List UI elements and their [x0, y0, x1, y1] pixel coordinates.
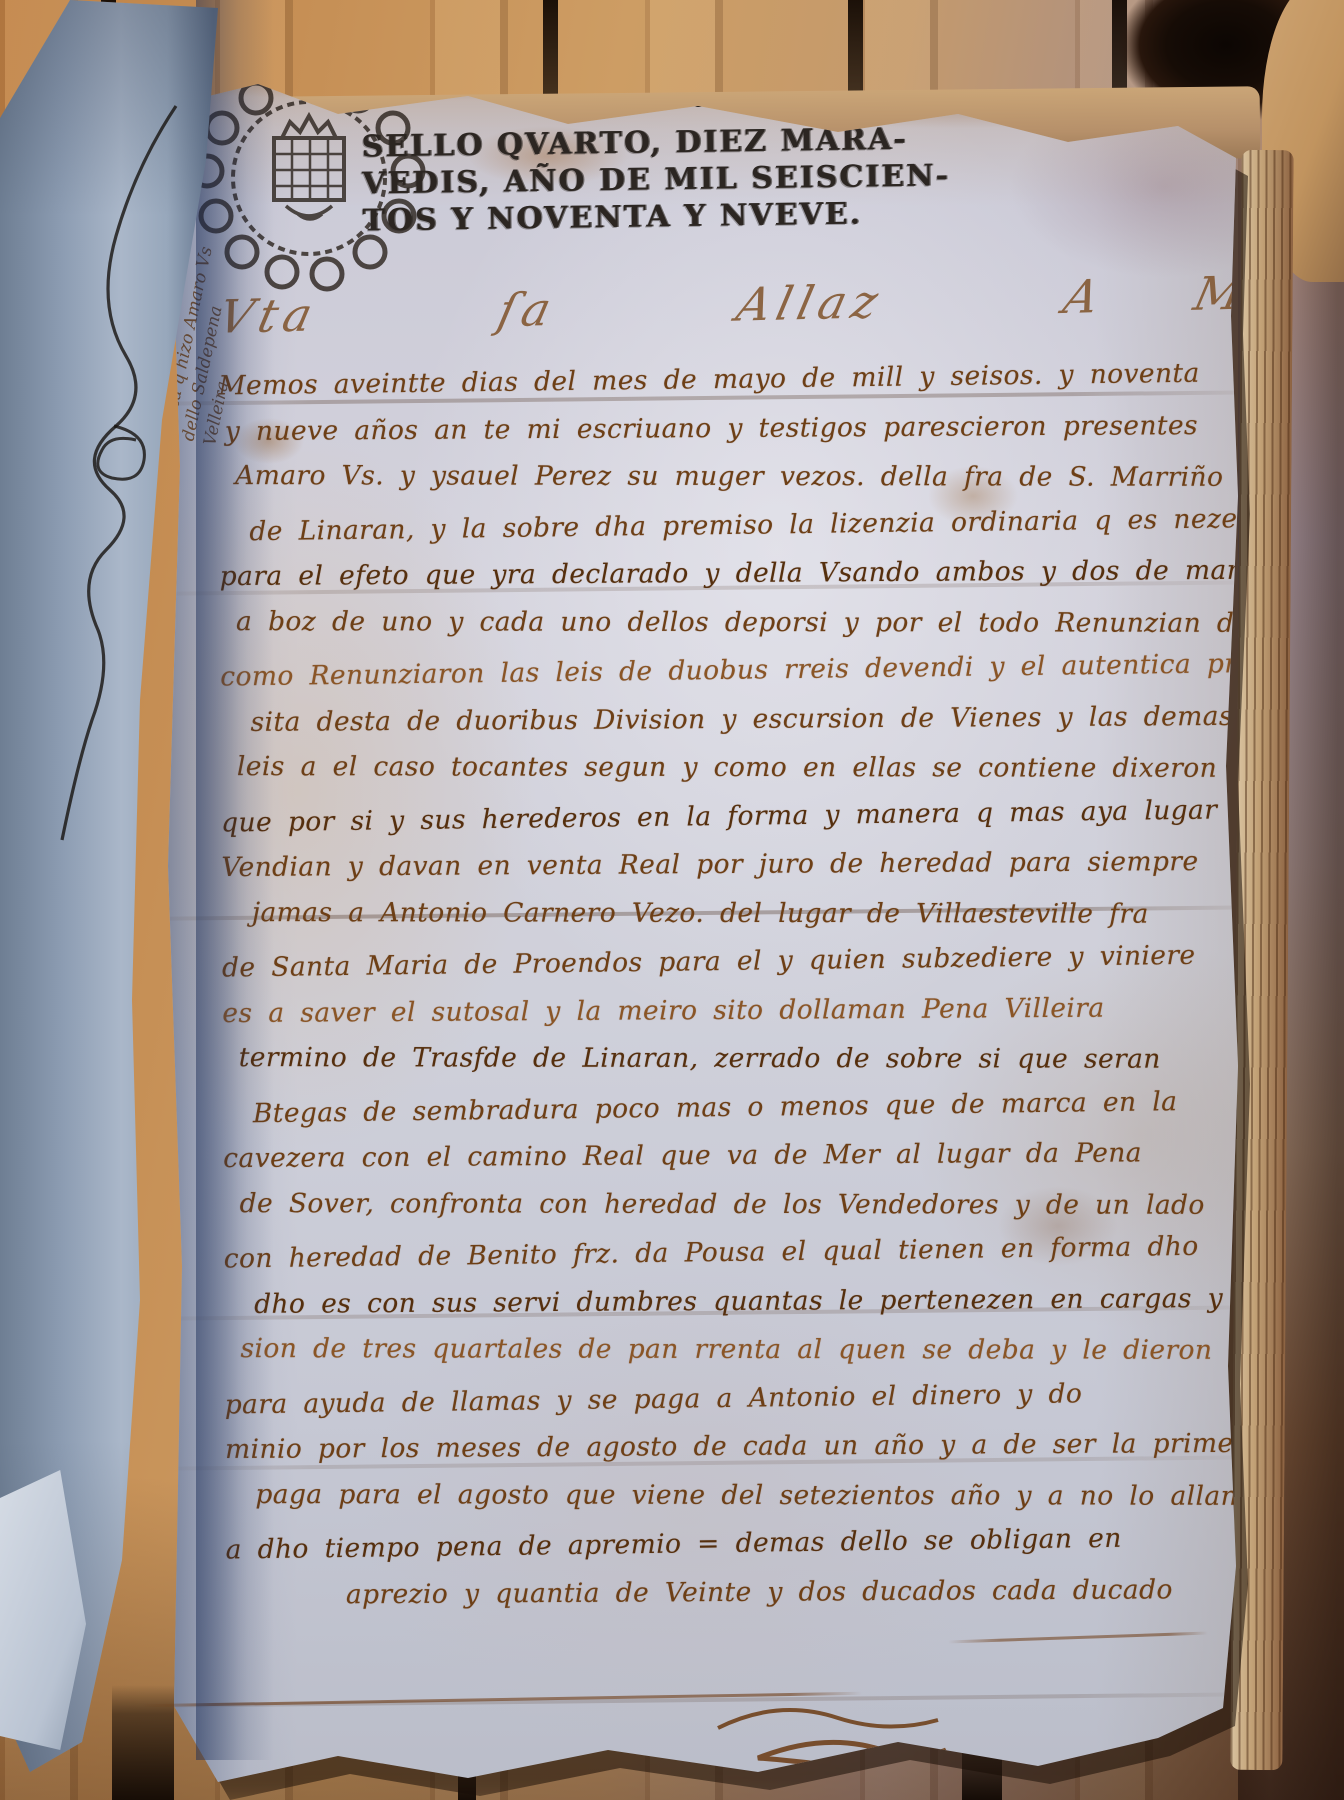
- photograph-of-manuscript: OO. ✠ 62. Diez maravedis. SELLO QVARTO, …: [0, 0, 1344, 1800]
- binding-thread-icon: [26, 96, 246, 876]
- wood-plank-gap: [112, 1685, 174, 1800]
- paper-vignette: [138, 66, 1278, 1790]
- manuscript-page: OO. ✠ 62. Diez maravedis. SELLO QVARTO, …: [138, 66, 1278, 1790]
